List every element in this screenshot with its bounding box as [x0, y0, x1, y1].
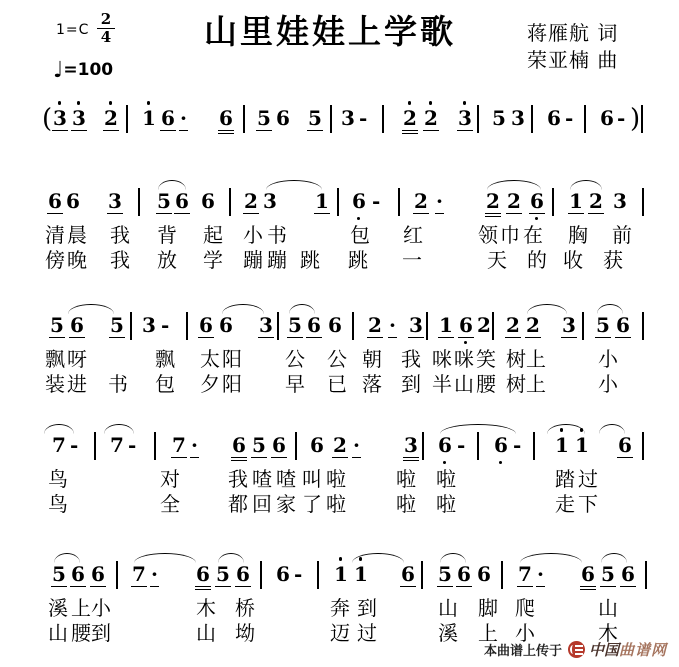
barline: [477, 105, 479, 133]
note: 6: [276, 107, 290, 129]
barline: [501, 561, 503, 589]
note: 6: [199, 314, 213, 336]
slur-arc: [222, 304, 264, 314]
lyric-syllable: 迈: [330, 622, 350, 644]
note: 6: [401, 563, 415, 585]
note: 6: [236, 563, 250, 585]
lyric-syllable: 走: [555, 493, 575, 515]
barline: [641, 105, 643, 133]
parenthesis: ): [630, 104, 640, 134]
slur-arc: [352, 553, 404, 563]
lyric-syllable: 放: [157, 249, 177, 271]
note: 1: [555, 434, 569, 456]
lyric-syllable: 收: [563, 249, 583, 271]
lyric-syllable: 小: [598, 348, 618, 370]
lyric-syllable: 天: [487, 249, 507, 271]
barline: [277, 312, 279, 340]
lyric-syllable: 书: [267, 224, 287, 246]
octave-dot-high: [408, 101, 412, 105]
lyric-syllable: 喳: [276, 468, 296, 490]
octave-dot-low: [443, 461, 447, 465]
key-signature: 1=C: [56, 22, 89, 38]
octave-dot-high: [109, 101, 113, 105]
note: 6: [547, 107, 561, 129]
note: 5: [438, 563, 452, 585]
note: 5: [288, 314, 302, 336]
site-name-cn: 中国: [589, 639, 619, 660]
note: 2: [477, 314, 491, 336]
lyric-syllable: 鸟: [48, 468, 68, 490]
dash: -: [70, 434, 78, 456]
dash: -: [359, 107, 367, 129]
note: 6: [66, 190, 80, 212]
augmentation-dot: ·: [389, 314, 396, 336]
octave-dot-high: [429, 101, 433, 105]
lyric-syllable: 跳: [300, 249, 320, 271]
barline: [116, 561, 118, 589]
note: 3: [511, 107, 525, 129]
dash: -: [513, 434, 521, 456]
dash: -: [565, 107, 573, 129]
lyric-syllable: 上: [71, 597, 91, 619]
lyric-syllable: 全: [160, 493, 180, 515]
note: 7: [518, 563, 532, 585]
lyric-syllable: 阳: [222, 348, 242, 370]
note: 6: [161, 107, 175, 129]
lyric-syllable: 啦: [326, 468, 346, 490]
note: 2: [506, 314, 520, 336]
slur-arc: [547, 424, 585, 434]
lyric-syllable: 落: [362, 373, 382, 395]
barline: [295, 432, 297, 460]
barline: [421, 561, 423, 589]
lyric-syllable: 树: [506, 348, 526, 370]
slur-arc: [599, 424, 625, 434]
lyric-syllable: 啦: [326, 493, 346, 515]
lyric-syllable: 学: [203, 249, 223, 271]
note: 3: [458, 107, 472, 129]
dash: -: [372, 190, 380, 212]
lyric-syllable: 踏: [555, 468, 575, 490]
octave-dot-low: [464, 341, 468, 345]
lyric-syllable: 到: [357, 597, 377, 619]
lyric-syllable: 清: [45, 224, 65, 246]
lyric-syllable: 胸: [568, 224, 588, 246]
lyric-syllable: 朝: [362, 348, 382, 370]
lyric-syllable: 回: [252, 493, 272, 515]
note: 2: [526, 314, 540, 336]
note: 7: [110, 434, 124, 456]
barline: [642, 312, 644, 340]
lyric-syllable: 咪: [454, 348, 474, 370]
lyric-syllable: 在: [523, 224, 543, 246]
dash: -: [128, 434, 136, 456]
barline: [243, 105, 245, 133]
note: 6: [618, 434, 632, 456]
lyric-syllable: 领: [478, 224, 498, 246]
lyric-syllable: 起: [203, 224, 223, 246]
note: 2: [486, 190, 500, 212]
barline: [642, 432, 644, 460]
note: 3: [562, 314, 576, 336]
note: 1: [569, 190, 583, 212]
note: 2: [589, 190, 603, 212]
barline: [645, 561, 647, 589]
tempo-value: =100: [63, 60, 113, 80]
lyric-syllable: 的: [527, 249, 547, 271]
note: 6: [616, 314, 630, 336]
lyric-syllable: 下: [578, 493, 598, 515]
barline: [552, 188, 554, 216]
note: 2: [333, 434, 347, 456]
parenthesis: (: [42, 104, 52, 134]
note: 2: [368, 314, 382, 336]
note: 6: [91, 563, 105, 585]
augmentation-dot: ·: [151, 563, 158, 585]
note: 6: [219, 107, 233, 129]
lyric-syllable: 我: [401, 348, 421, 370]
note: 6: [328, 314, 342, 336]
lyric-syllable: 背: [157, 224, 177, 246]
note: 7: [52, 434, 66, 456]
note: 6: [530, 190, 544, 212]
note: 6: [477, 563, 491, 585]
note: 1: [315, 190, 329, 212]
barline: [186, 312, 188, 340]
lyric-syllable: 进: [67, 373, 87, 395]
note: 3: [341, 107, 355, 129]
slur-arc: [104, 424, 134, 434]
note: 3: [409, 314, 423, 336]
lyric-syllable: 腰: [476, 373, 496, 395]
note: 3: [404, 434, 418, 456]
barline: [130, 312, 132, 340]
note: 2: [244, 190, 258, 212]
slur-arc: [218, 553, 244, 563]
lyric-syllable: 叫: [302, 468, 322, 490]
lyric-syllable: 脚: [478, 597, 498, 619]
note: 1: [439, 314, 453, 336]
lyric-syllable: 半: [432, 373, 452, 395]
lyric-syllable: 跳: [348, 249, 368, 271]
barline: [154, 432, 156, 460]
lyric-syllable: 获: [603, 249, 623, 271]
lyric-syllable: 木: [196, 597, 216, 619]
time-signature-denominator: 4: [97, 29, 115, 46]
note: 5: [52, 563, 66, 585]
lyric-syllable: 溪: [438, 622, 458, 644]
augmentation-dot: ·: [353, 434, 360, 456]
barline: [584, 105, 586, 133]
barline: [260, 561, 262, 589]
note: 3: [53, 107, 67, 129]
time-signature-numerator: 2: [97, 11, 115, 29]
note: 1: [354, 563, 368, 585]
note: 2: [403, 107, 417, 129]
lyric-syllable: 到: [91, 622, 111, 644]
dash: -: [161, 314, 169, 336]
lyric-syllable: 晨: [67, 224, 87, 246]
lyric-syllable: 公: [285, 348, 305, 370]
lyric-syllable: 树: [506, 373, 526, 395]
lyric-syllable: 山: [598, 597, 618, 619]
lyric-syllable: 包: [350, 224, 370, 246]
lyric-syllable: 傍: [45, 249, 65, 271]
lyric-syllable: 过: [357, 622, 377, 644]
octave-dot-high: [339, 557, 343, 561]
barline: [317, 561, 319, 589]
note: 6: [459, 314, 473, 336]
lyric-syllable: 蹦: [267, 249, 287, 271]
note: 5: [216, 563, 230, 585]
barline: [642, 188, 644, 216]
note: 6: [494, 434, 508, 456]
note: 6: [276, 563, 290, 585]
barline: [138, 188, 140, 216]
note: 7: [132, 563, 146, 585]
site-name-rest: 曲谱网: [619, 639, 667, 660]
barline: [337, 188, 339, 216]
lyric-syllable: 公: [327, 348, 347, 370]
sheet-music-page: 1=C 2 4 ♩=100 山里娃娃上学歌 蒋雁航 词 荣亚楠 曲 (33216…: [0, 0, 679, 667]
lyric-syllable: 过: [578, 468, 598, 490]
note: 5: [308, 107, 322, 129]
slur-arc: [68, 304, 114, 314]
note: 6: [600, 107, 614, 129]
barline: [398, 188, 400, 216]
credits: 蒋雁航 词 荣亚楠 曲: [527, 20, 618, 74]
note: 5: [257, 107, 271, 129]
barline: [94, 432, 96, 460]
note: 1: [575, 434, 589, 456]
slur-arc: [520, 553, 582, 563]
lyric-syllable: 我: [228, 468, 248, 490]
lyric-syllable: 啦: [436, 493, 456, 515]
note: 6: [621, 563, 635, 585]
note: 5: [157, 190, 171, 212]
lyric-syllable: 前: [612, 224, 632, 246]
lyric-syllable: 都: [228, 493, 248, 515]
slur-arc: [44, 424, 74, 434]
watermark-text: 本曲谱上传于: [484, 640, 562, 659]
dash: -: [617, 107, 625, 129]
barline: [352, 312, 354, 340]
augmentation-dot: ·: [436, 190, 443, 212]
note: 5: [596, 314, 610, 336]
augmentation-dot: ·: [180, 107, 187, 129]
song-title: 山里娃娃上学歌: [204, 6, 456, 53]
note: 3: [259, 314, 273, 336]
note: 6: [307, 314, 321, 336]
score-line: 6635662316-2·226123清晨我背起小书包红领巾在胸前傍晚我放学蹦蹦…: [0, 190, 679, 282]
note: 3: [613, 190, 627, 212]
lyric-syllable: 早: [285, 373, 305, 395]
barline: [582, 312, 584, 340]
augmentation-dot: ·: [191, 434, 198, 456]
lyric-syllable: 巾: [500, 224, 520, 246]
lyric-syllable: 小: [243, 224, 263, 246]
lyricist-credit: 蒋雁航 词: [527, 20, 618, 47]
slur-arc: [597, 304, 623, 314]
lyric-syllable: 我: [110, 249, 130, 271]
dash: -: [457, 434, 465, 456]
note: 6: [438, 434, 452, 456]
lyric-syllable: 了: [302, 493, 322, 515]
lyric-syllable: 上: [526, 348, 546, 370]
octave-dot-high: [147, 101, 151, 105]
slur-arc: [134, 553, 196, 563]
lyric-syllable: 飘: [155, 348, 175, 370]
lyric-syllable: 坳: [235, 622, 255, 644]
note: 6: [71, 563, 85, 585]
octave-dot-high: [77, 101, 81, 105]
lyric-syllable: 奔: [330, 597, 350, 619]
augmentation-dot: ·: [537, 563, 544, 585]
note: 6: [272, 434, 286, 456]
lyric-syllable: 飘: [45, 348, 65, 370]
lyric-syllable: 小: [598, 373, 618, 395]
lyric-syllable: 对: [160, 468, 180, 490]
watermark: 本曲谱上传于 中国 曲谱网: [484, 639, 667, 660]
note: 5: [492, 107, 506, 129]
note: 6: [48, 190, 62, 212]
note: 5: [110, 314, 124, 336]
lyric-syllable: 包: [155, 373, 175, 395]
note: 6: [219, 314, 233, 336]
barline: [229, 188, 231, 216]
lyric-syllable: 鸟: [48, 493, 68, 515]
lyric-syllable: 晚: [67, 249, 87, 271]
lyric-syllable: 山: [438, 597, 458, 619]
score-line: 7-7-7·65662·36-6-116鸟对我喳喳叫啦啦啦踏过鸟全都回家了啦啦啦…: [0, 434, 679, 526]
slur-arc: [54, 553, 80, 563]
lyric-syllable: 已: [327, 373, 347, 395]
lyric-syllable: 桥: [235, 597, 255, 619]
lyric-syllable: 上: [526, 373, 546, 395]
barline: [531, 105, 533, 133]
barline: [426, 312, 428, 340]
lyric-syllable: 一: [402, 249, 422, 271]
time-signature: 2 4: [97, 11, 115, 46]
note: 5: [50, 314, 64, 336]
lyric-syllable: 装: [45, 373, 65, 395]
note: 7: [172, 434, 186, 456]
lyric-syllable: 山: [196, 622, 216, 644]
lyric-syllable: 喳: [252, 468, 272, 490]
note: 3: [263, 190, 277, 212]
note: 1: [334, 563, 348, 585]
note: 6: [201, 190, 215, 212]
octave-dot-high: [463, 101, 467, 105]
lyric-syllable: 啦: [436, 468, 456, 490]
note: 1: [142, 107, 156, 129]
lyric-syllable: 笑: [476, 348, 496, 370]
barline: [126, 105, 128, 133]
note: 5: [252, 434, 266, 456]
dash: -: [294, 563, 302, 585]
note: 6: [70, 314, 84, 336]
note: 2: [507, 190, 521, 212]
lyric-syllable: 山: [454, 373, 474, 395]
lyric-syllable: 溪: [48, 597, 68, 619]
note: 2: [424, 107, 438, 129]
octave-dot-low: [357, 217, 361, 221]
octave-dot-low: [535, 217, 539, 221]
tempo-marking: ♩=100: [53, 58, 113, 83]
lyric-syllable: 家: [276, 493, 296, 515]
note: 3: [72, 107, 86, 129]
lyric-syllable: 爬: [515, 597, 535, 619]
note: 6: [310, 434, 324, 456]
slur-arc: [289, 304, 315, 314]
lyric-syllable: 啦: [396, 493, 416, 515]
site-logo-icon: [568, 641, 585, 658]
barline: [492, 312, 494, 340]
note: 6: [232, 434, 246, 456]
lyric-syllable: 啦: [396, 468, 416, 490]
lyric-syllable: 夕: [200, 373, 220, 395]
lyric-syllable: 阳: [222, 373, 242, 395]
lyric-syllable: 小: [91, 597, 111, 619]
lyric-syllable: 呀: [67, 348, 87, 370]
barline: [533, 432, 535, 460]
barline: [477, 432, 479, 460]
note: 5: [601, 563, 615, 585]
slur-arc: [527, 304, 567, 314]
lyric-syllable: 太: [200, 348, 220, 370]
lyric-syllable: 到: [401, 373, 421, 395]
slur-arc: [440, 424, 516, 434]
note: 3: [108, 190, 122, 212]
note: 6: [196, 563, 210, 585]
note: 6: [457, 563, 471, 585]
note: 2: [414, 190, 428, 212]
octave-dot-low: [499, 461, 503, 465]
barline: [422, 432, 424, 460]
note: 6: [352, 190, 366, 212]
composer-credit: 荣亚楠 曲: [527, 47, 618, 74]
score-line: 5653-6635662·316222356飘呀飘太阳公公朝我咪咪笑树上小装进书…: [0, 314, 679, 406]
slur-arc: [601, 553, 627, 563]
quarter-note-icon: ♩: [53, 58, 63, 83]
lyric-syllable: 红: [403, 224, 423, 246]
lyric-syllable: 腰: [71, 622, 91, 644]
lyric-syllable: 山: [48, 622, 68, 644]
note: 6: [581, 563, 595, 585]
note: 6: [175, 190, 189, 212]
slur-arc: [440, 553, 466, 563]
barline: [382, 105, 384, 133]
octave-dot-high: [58, 101, 62, 105]
barline: [330, 105, 332, 133]
note: 2: [104, 107, 118, 129]
note: 3: [142, 314, 156, 336]
lyric-syllable: 书: [108, 373, 128, 395]
lyric-syllable: 蹦: [243, 249, 263, 271]
lyric-syllable: 我: [110, 224, 130, 246]
lyric-syllable: 咪: [432, 348, 452, 370]
